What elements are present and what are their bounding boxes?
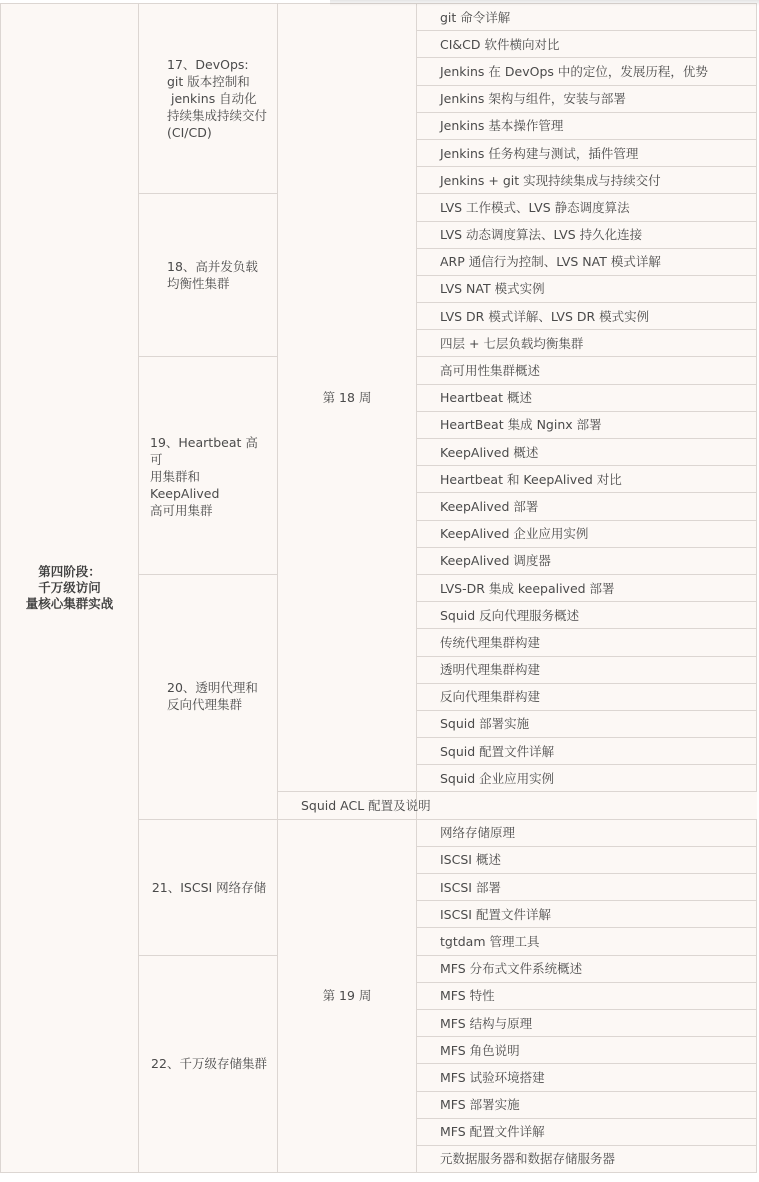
topic-item: ISCSI 概述 (417, 846, 757, 873)
topic-item: LVS NAT 模式实例 (417, 275, 757, 302)
topic-item: MFS 分布式文件系统概述 (417, 955, 757, 982)
topic-item: 四层 + 七层负载均衡集群 (417, 330, 757, 357)
topic-item: 高可用性集群概述 (417, 357, 757, 384)
week-19: 第 19 周 (278, 819, 417, 1172)
topic-item: CI&CD 软件横向对比 (417, 31, 757, 58)
module-20: 20、透明代理和 反向代理集群 (139, 574, 278, 819)
module-label-line: 均衡性集群 (167, 275, 267, 292)
topic-item: ISCSI 部署 (417, 874, 757, 901)
topic-item: git 命令详解 (417, 4, 757, 31)
module-label-line: git 版本控制和 (167, 73, 267, 90)
module-label-line: (CI/CD) (167, 124, 267, 141)
topic-item: MFS 角色说明 (417, 1037, 757, 1064)
topic-item: Squid 反向代理服务概述 (417, 602, 757, 629)
topic-item: Jenkins 在 DevOps 中的定位，发展历程，优势 (417, 58, 757, 85)
module-label-line: 17、DevOps: (167, 56, 267, 73)
stage-title-line: 第四阶段： (7, 564, 132, 580)
topic-item: LVS-DR 集成 keepalived 部署 (417, 574, 757, 601)
topic-item: tgtdam 管理工具 (417, 928, 757, 955)
topic-item: MFS 结构与原理 (417, 1009, 757, 1036)
topic-item: Squid 企业应用实例 (417, 765, 757, 792)
module-label-line: 21、ISCSI 网络存储 (151, 879, 267, 896)
topic-item: Jenkins 基本操作管理 (417, 112, 757, 139)
module-label-line: 高可用集群 (150, 502, 267, 519)
module-label-line: 20、透明代理和 (167, 679, 267, 696)
module-label-line: 22、千万级存储集群 (151, 1055, 267, 1072)
module-label-line: 19、Heartbeat 高可 (150, 434, 267, 468)
topic-item: 网络存储原理 (417, 819, 757, 846)
week-label: 第 19 周 (278, 987, 416, 1004)
topic-item: ARP 通信行为控制、LVS NAT 模式详解 (417, 248, 757, 275)
stage-title-line: 量核心集群实战 (7, 596, 132, 612)
topic-item: 透明代理集群构建 (417, 656, 757, 683)
module-label-line: 18、高并发负载 (167, 258, 267, 275)
table-row: 第四阶段： 千万级访问 量核心集群实战 17、DevOps: git 版本控制和… (1, 4, 757, 31)
topic-item: LVS 动态调度算法、LVS 持久化连接 (417, 221, 757, 248)
topic-item: Jenkins + git 实现持续集成与持续交付 (417, 167, 757, 194)
stage-title-line: 千万级访问 (7, 580, 132, 596)
topic-item: KeepAlived 部署 (417, 493, 757, 520)
topic-item: MFS 特性 (417, 982, 757, 1009)
topic-item: 元数据服务器和数据存储服务器 (417, 1145, 757, 1172)
module-17: 17、DevOps: git 版本控制和 jenkins 自动化 持续集成持续交… (139, 4, 278, 194)
module-22: 22、千万级存储集群 (139, 955, 278, 1173)
topic-item: Jenkins 任务构建与测试，插件管理 (417, 139, 757, 166)
week-18: 第 18 周 (278, 4, 417, 792)
topic-item: Squid 配置文件详解 (417, 738, 757, 765)
topic-item: MFS 配置文件详解 (417, 1118, 757, 1145)
curriculum-table: 第四阶段： 千万级访问 量核心集群实战 17、DevOps: git 版本控制和… (0, 3, 757, 1173)
module-label-line: 用集群和 KeepAlived (150, 468, 267, 502)
topic-item: KeepAlived 概述 (417, 439, 757, 466)
topic-item: 反向代理集群构建 (417, 683, 757, 710)
topic-item: KeepAlived 调度器 (417, 547, 757, 574)
topic-item: LVS DR 模式详解、LVS DR 模式实例 (417, 303, 757, 330)
topic-item: 传统代理集群构建 (417, 629, 757, 656)
module-21: 21、ISCSI 网络存储 (139, 819, 278, 955)
topic-item: LVS 工作模式、LVS 静态调度算法 (417, 194, 757, 221)
stage-title: 第四阶段： 千万级访问 量核心集群实战 (1, 4, 139, 1173)
topic-item: KeepAlived 企业应用实例 (417, 520, 757, 547)
module-label-line: 持续集成持续交付 (167, 107, 267, 124)
topic-item: MFS 部署实施 (417, 1091, 757, 1118)
topic-item: Heartbeat 概述 (417, 384, 757, 411)
topic-item: Heartbeat 和 KeepAlived 对比 (417, 466, 757, 493)
week-label: 第 18 周 (278, 389, 416, 406)
topic-item: ISCSI 配置文件详解 (417, 901, 757, 928)
module-19: 19、Heartbeat 高可 用集群和 KeepAlived 高可用集群 (139, 357, 278, 575)
topic-item: Squid ACL 配置及说明 (278, 792, 417, 819)
topic-item: MFS 试验环境搭建 (417, 1064, 757, 1091)
topic-item: Jenkins 架构与组件，安装与部署 (417, 85, 757, 112)
module-18: 18、高并发负载 均衡性集群 (139, 194, 278, 357)
module-label-line: 反向代理集群 (167, 696, 267, 713)
module-label-line: jenkins 自动化 (167, 90, 267, 107)
topic-item: HeartBeat 集成 Nginx 部署 (417, 411, 757, 438)
topic-item: Squid 部署实施 (417, 710, 757, 737)
